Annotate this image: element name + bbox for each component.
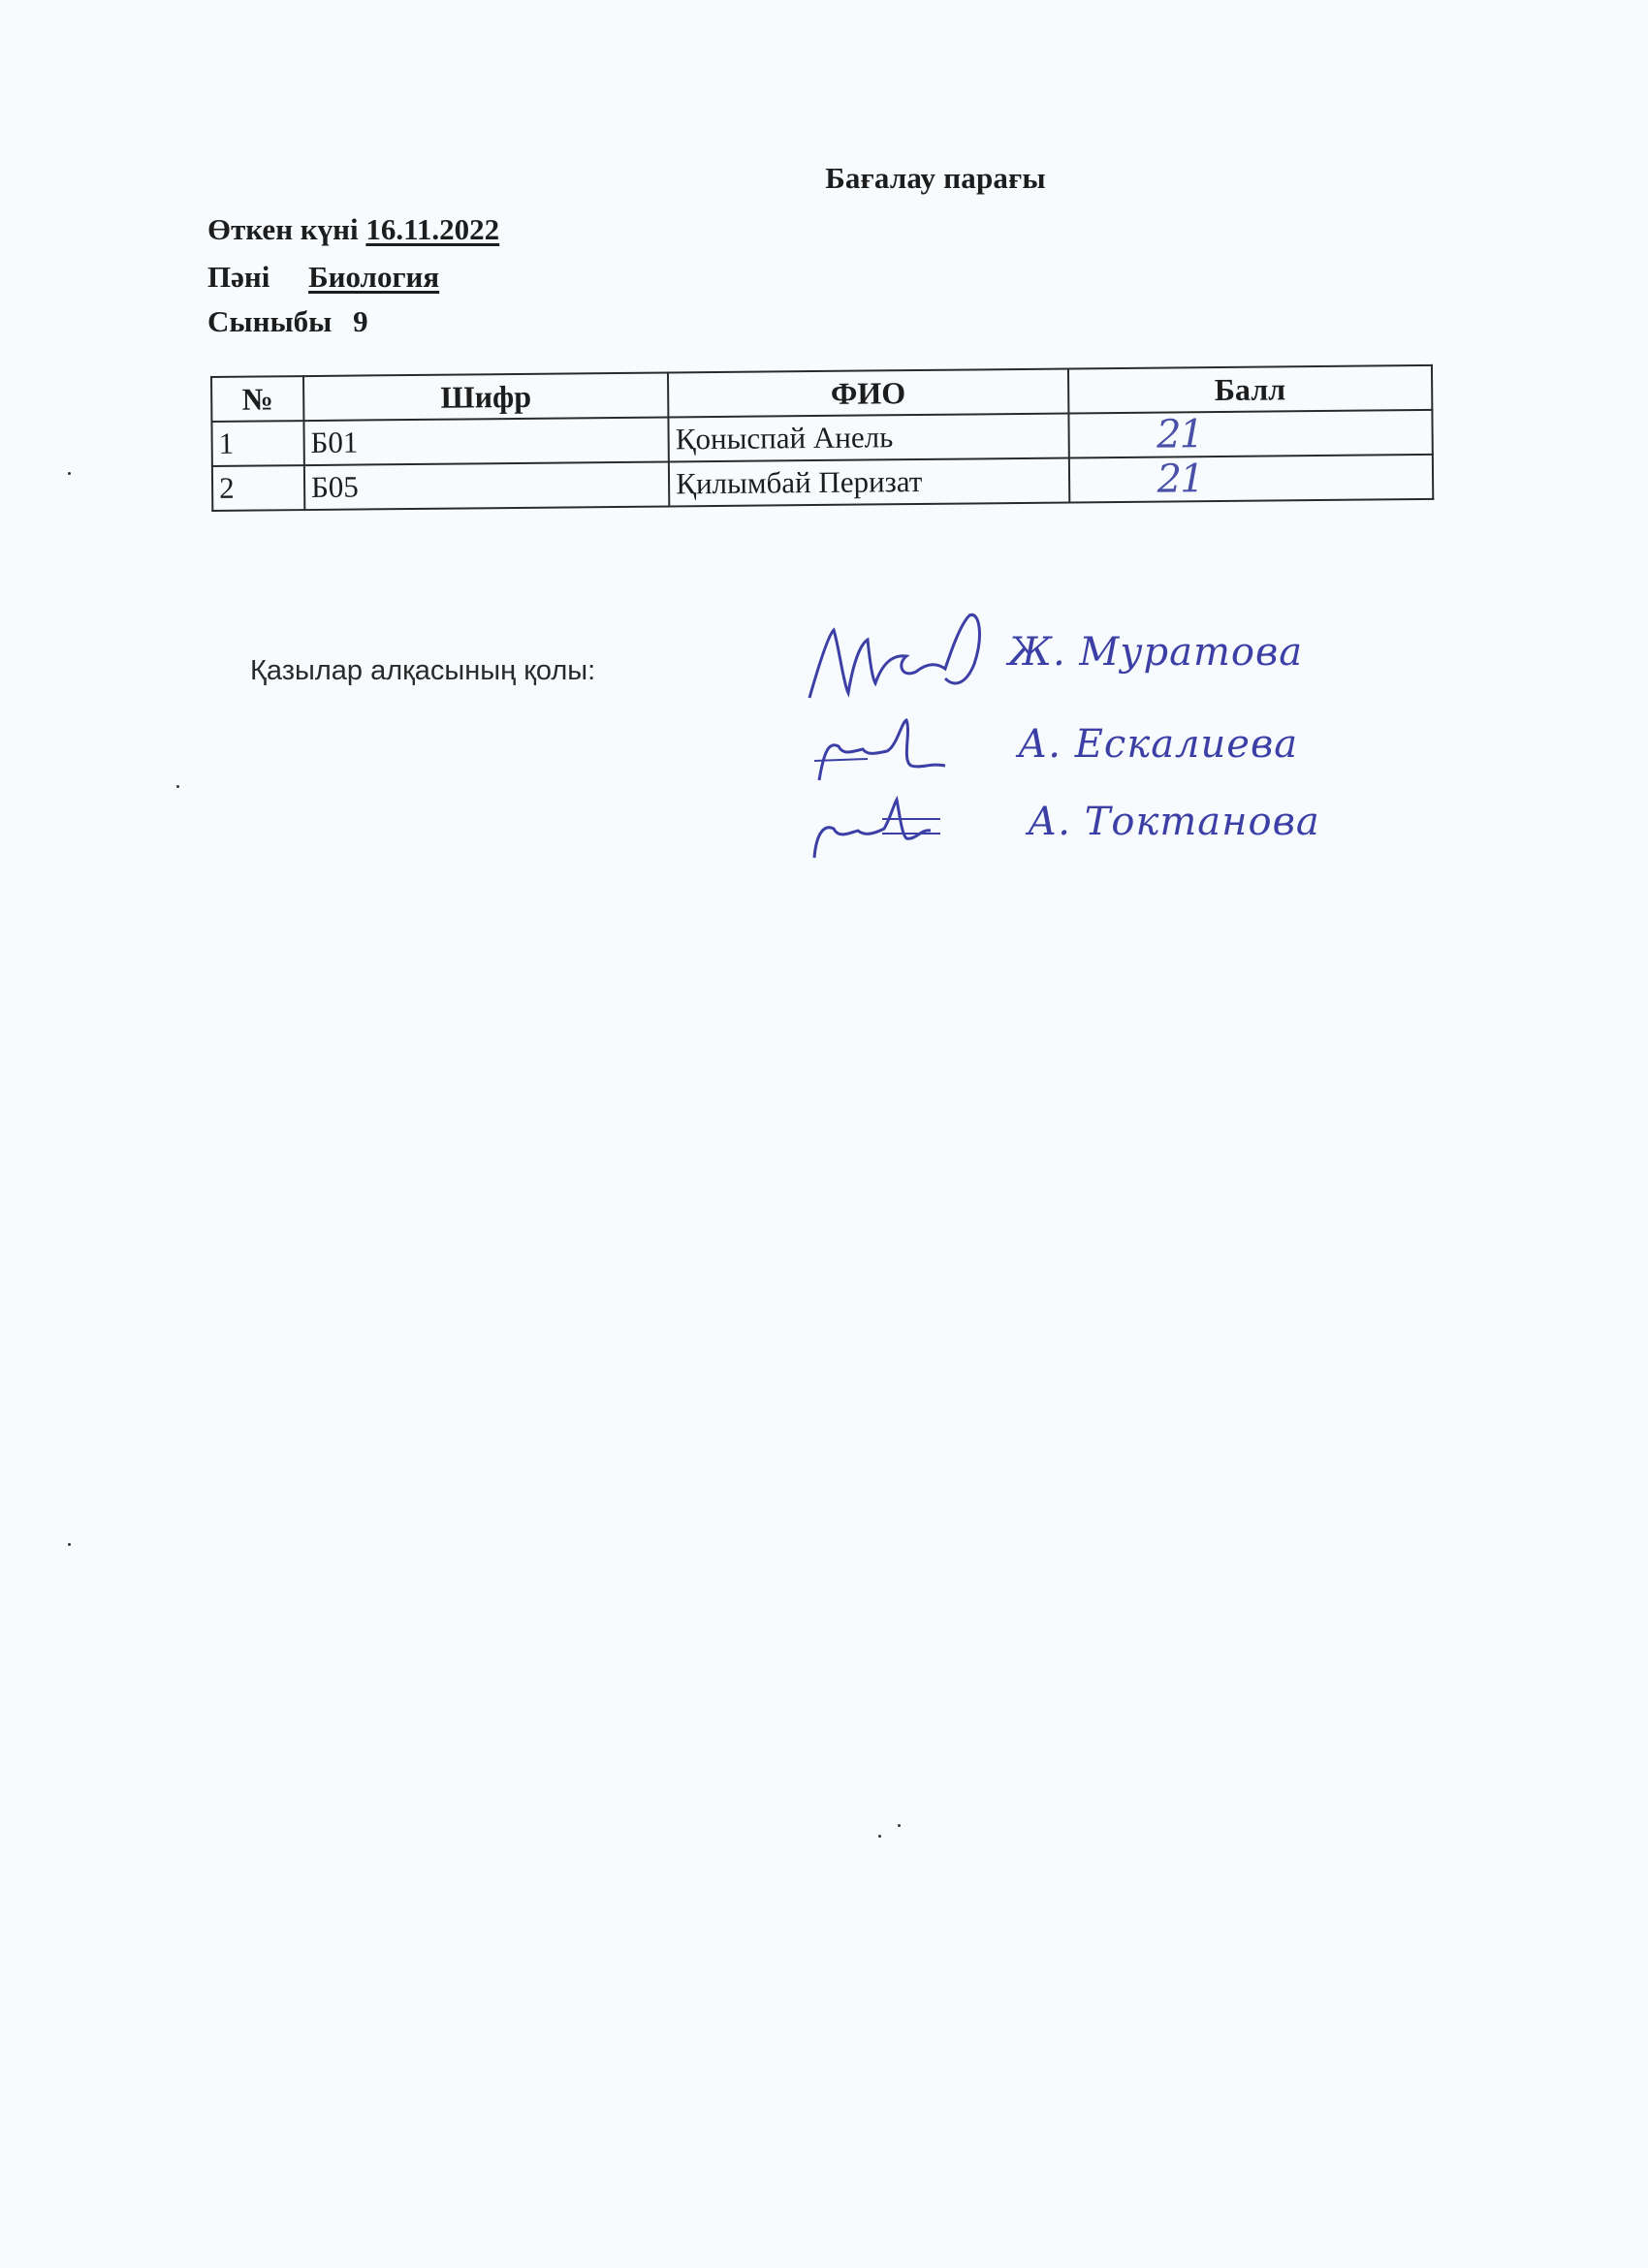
class-value: 9 bbox=[353, 304, 368, 338]
cell-score-handwritten: 21 bbox=[1068, 455, 1433, 503]
signature-scribble-2 bbox=[809, 712, 974, 790]
scan-speck bbox=[878, 1835, 881, 1838]
grade-table: № Шифр ФИО Балл 1 Б01 Қоныспай Анель 21 … bbox=[210, 364, 1434, 512]
header-number: № bbox=[211, 376, 303, 422]
date-value: 16.11.2022 bbox=[365, 212, 499, 246]
scan-speck bbox=[68, 472, 71, 475]
class-line: Сыныбы 9 bbox=[207, 304, 368, 339]
header-name: ФИО bbox=[668, 369, 1068, 418]
signatures-label: Қазылар алқасының қолы: bbox=[250, 655, 595, 687]
scan-speck bbox=[898, 1824, 901, 1827]
signature-scribble-3 bbox=[805, 790, 960, 867]
cell-score-handwritten: 21 bbox=[1068, 410, 1433, 458]
subject-line: Пәні Биология bbox=[207, 260, 439, 295]
date-line: Өткен күні 16.11.2022 bbox=[207, 212, 499, 247]
header-score: Балл bbox=[1068, 365, 1433, 414]
subject-value: Биология bbox=[308, 260, 439, 294]
cell-number: 1 bbox=[211, 421, 303, 466]
signer-name-3: А. Токтанова bbox=[1028, 800, 1320, 844]
document-title: Бағалау парағы bbox=[0, 161, 1648, 196]
cell-name: Қоныспай Анель bbox=[669, 414, 1069, 462]
subject-label: Пәні bbox=[207, 260, 269, 294]
signature-scribble-1 bbox=[800, 606, 1003, 712]
date-label: Өткен күні bbox=[207, 212, 359, 246]
scan-speck bbox=[176, 785, 179, 788]
class-label: Сыныбы bbox=[207, 304, 332, 338]
scan-speck bbox=[68, 1543, 71, 1546]
cell-code: Б05 bbox=[304, 461, 670, 510]
cell-code: Б01 bbox=[303, 417, 669, 465]
signer-name-2: А. Ескалиева bbox=[1018, 722, 1298, 767]
signer-name-1: Ж. Муратова bbox=[1008, 630, 1303, 675]
cell-number: 2 bbox=[212, 465, 304, 511]
header-code: Шифр bbox=[303, 372, 669, 421]
cell-name: Қилымбай Перизат bbox=[669, 458, 1069, 507]
